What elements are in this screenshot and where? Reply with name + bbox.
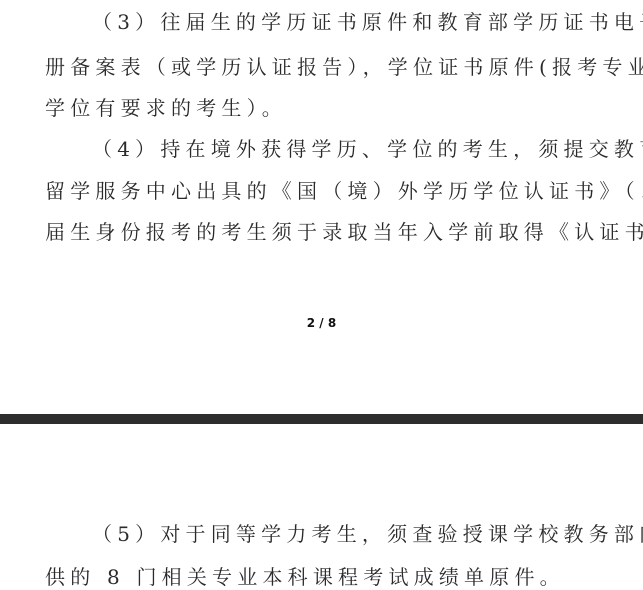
- paragraph-3-line-1: （3）往届生的学历证书原件和教育部学历证书电子注: [92, 10, 643, 34]
- paragraph-3-line-2: 册备案表（或学历认证报告），学位证书原件(报考专业对: [45, 55, 643, 79]
- paragraph-5-line-1: （5）对于同等学力考生，须查验授课学校教务部门提: [92, 522, 643, 546]
- document-page-3: （5）对于同等学力考生，须查验授课学校教务部门提 供的 8 门相关专业本科课程考…: [0, 424, 643, 590]
- page-number: 2 / 8: [0, 316, 643, 330]
- paragraph-4-line-3: 届生身份报考的考生须于录取当年入学前取得《认证书》)。: [45, 220, 643, 244]
- paragraph-4-line-2: 留学服务中心出具的《国（境）外学历学位认证书》（以应: [45, 179, 643, 203]
- paragraph-5-line-2: 供的 8 门相关专业本科课程考试成绩单原件。: [45, 565, 565, 589]
- document-page-2: （3）往届生的学历证书原件和教育部学历证书电子注 册备案表（或学历认证报告），学…: [0, 0, 643, 414]
- paragraph-3-line-3: 学位有要求的考生）。: [45, 96, 287, 120]
- page-separator: [0, 414, 643, 424]
- paragraph-4-line-1: （4）持在境外获得学历、学位的考生，须提交教育部: [92, 137, 643, 161]
